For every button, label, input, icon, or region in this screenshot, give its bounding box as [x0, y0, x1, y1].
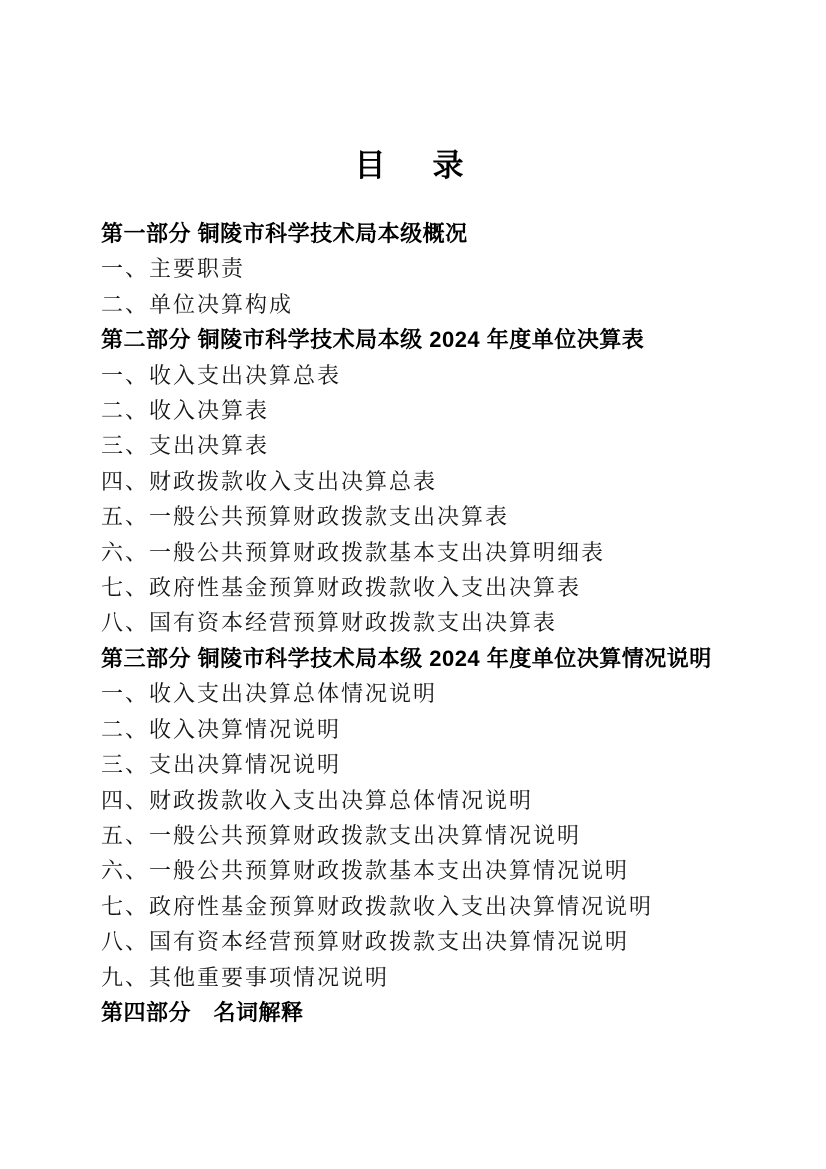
toc-item: 九、其他重要事项情况说明: [101, 960, 738, 995]
toc-item: 一、收入支出决算总表: [101, 358, 738, 393]
toc-item: 六、一般公共预算财政拨款基本支出决算明细表: [101, 535, 738, 570]
page-title: 目 录: [0, 0, 826, 186]
toc-item: 七、政府性基金预算财政拨款收入支出决算情况说明: [101, 889, 738, 924]
toc-part-heading: 第四部分 名词解释: [101, 995, 738, 1030]
toc-part-heading: 第一部分 铜陵市科学技术局本级概况: [101, 216, 738, 251]
toc-item: 七、政府性基金预算财政拨款收入支出决算表: [101, 570, 738, 605]
document-page: 目 录 第一部分 铜陵市科学技术局本级概况一、主要职责二、单位决算构成第二部分 …: [0, 0, 826, 1169]
toc-item: 六、一般公共预算财政拨款基本支出决算情况说明: [101, 853, 738, 888]
toc-item: 五、一般公共预算财政拨款支出决算表: [101, 499, 738, 534]
toc-item: 二、收入决算表: [101, 393, 738, 428]
toc-item: 一、收入支出决算总体情况说明: [101, 676, 738, 711]
toc-item: 一、主要职责: [101, 251, 738, 286]
toc-item: 八、国有资本经营预算财政拨款支出决算情况说明: [101, 924, 738, 959]
toc-item: 四、财政拨款收入支出决算总表: [101, 464, 738, 499]
toc-item: 三、支出决算表: [101, 428, 738, 463]
toc-item: 三、支出决算情况说明: [101, 747, 738, 782]
toc-list: 第一部分 铜陵市科学技术局本级概况一、主要职责二、单位决算构成第二部分 铜陵市科…: [101, 216, 738, 1030]
toc-part-heading: 第二部分 铜陵市科学技术局本级 2024 年度单位决算表: [101, 322, 738, 357]
toc-item: 二、单位决算构成: [101, 287, 738, 322]
toc-item: 八、国有资本经营预算财政拨款支出决算表: [101, 605, 738, 640]
toc-item: 四、财政拨款收入支出决算总体情况说明: [101, 783, 738, 818]
toc-part-heading: 第三部分 铜陵市科学技术局本级 2024 年度单位决算情况说明: [101, 641, 738, 676]
toc-item: 二、收入决算情况说明: [101, 712, 738, 747]
toc-item: 五、一般公共预算财政拨款支出决算情况说明: [101, 818, 738, 853]
